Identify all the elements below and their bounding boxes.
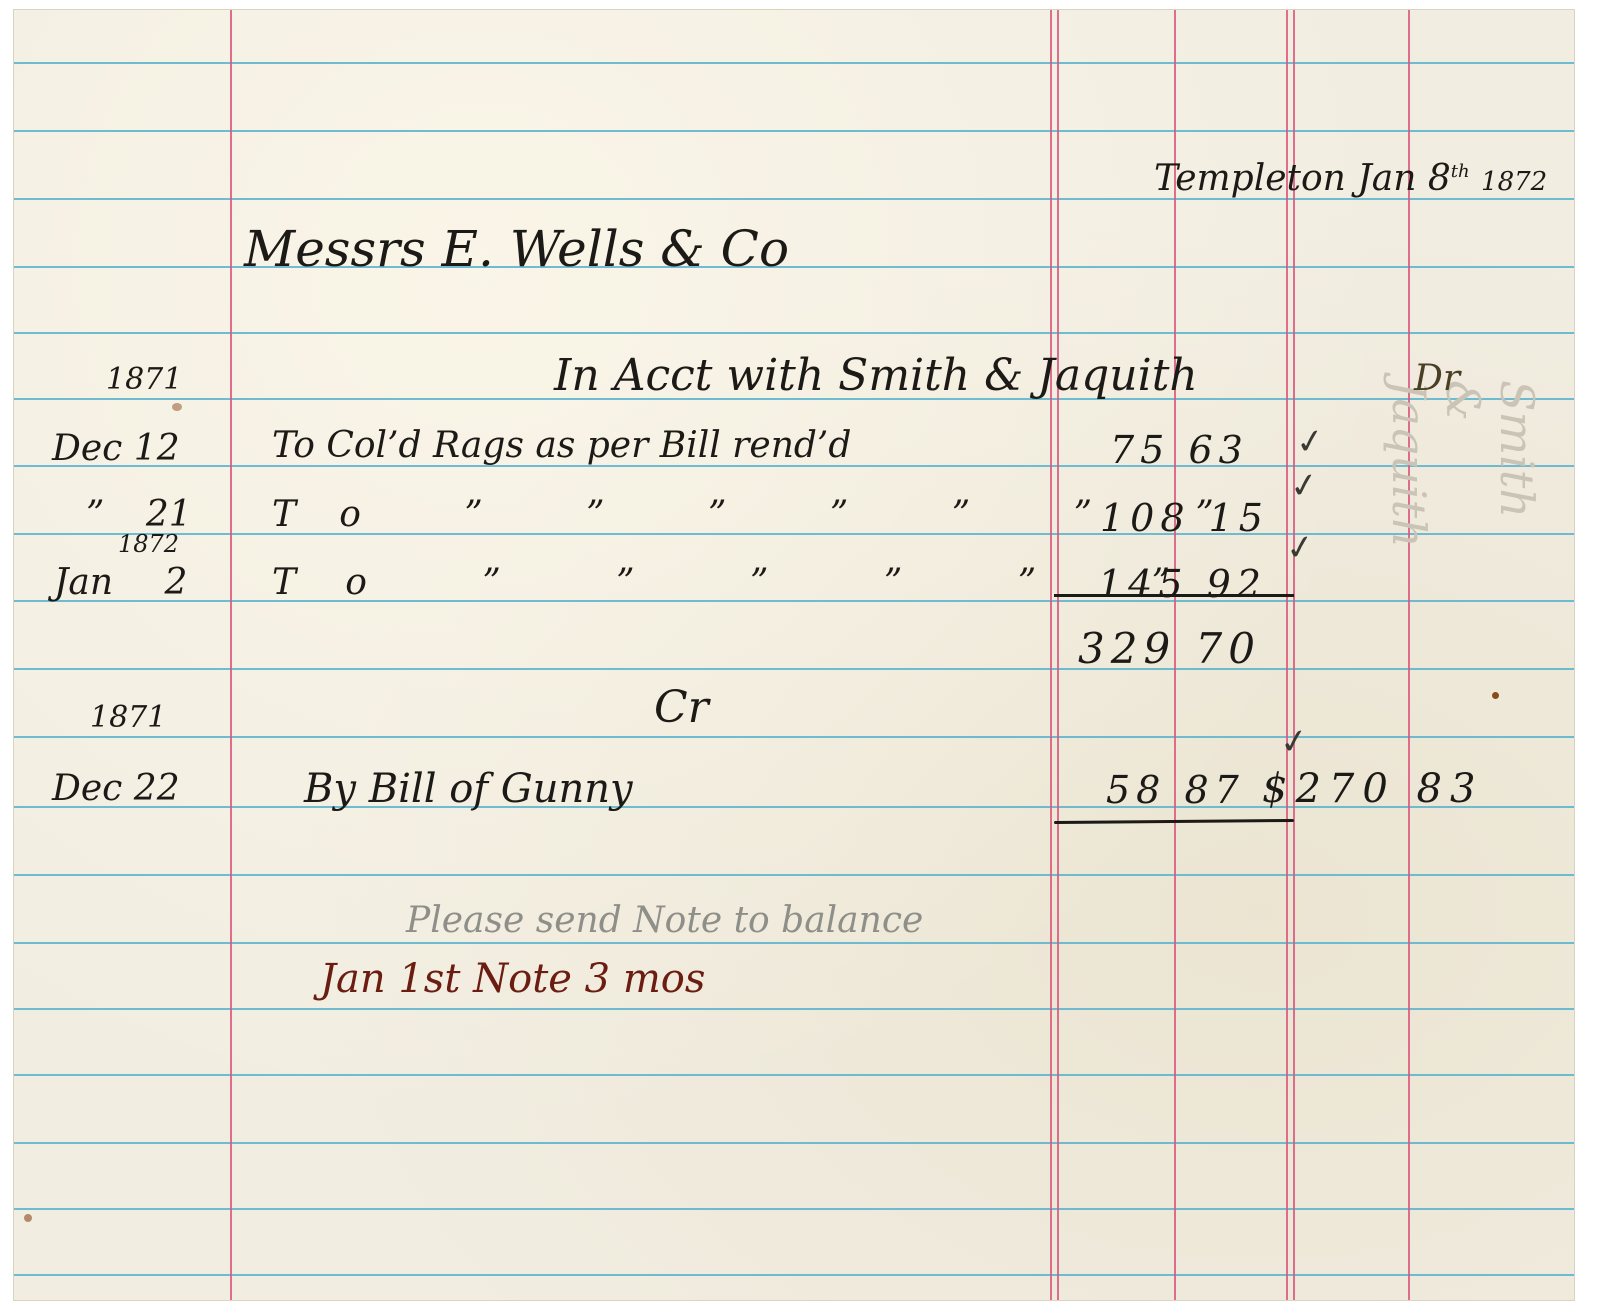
credit-entry-amount: 58 87 xyxy=(1106,768,1245,812)
addressee: Messrs E. Wells & Co xyxy=(244,220,789,278)
credit-marker: Cr xyxy=(654,682,709,733)
column-line xyxy=(1286,10,1288,1300)
entry-amount: 108 15 xyxy=(1100,496,1269,540)
ledger-sheet: Smith & Jaquith Templeton Jan 8th 1872 M… xyxy=(14,10,1574,1300)
ink-spot xyxy=(1492,692,1499,699)
entry-date: Dec 12 xyxy=(52,428,180,469)
dateline-place: Templeton xyxy=(1154,158,1346,199)
ruled-line xyxy=(14,1274,1574,1276)
ruled-line xyxy=(14,1008,1574,1010)
ruled-line xyxy=(14,874,1574,876)
entry-date: ” 21 xyxy=(86,494,192,535)
rust-stain xyxy=(24,1214,32,1222)
account-heading: In Acct with Smith & Jaquith xyxy=(554,350,1198,401)
dateline-day-suffix: th xyxy=(1451,161,1470,182)
checkmark-icon: ✓ xyxy=(1283,526,1317,570)
ruled-line xyxy=(14,736,1574,738)
dateline-month: Jan xyxy=(1357,158,1416,199)
credit-entry-date: Dec 22 xyxy=(52,768,180,809)
ruled-line xyxy=(14,130,1574,132)
debit-marker: Dr xyxy=(1414,358,1460,399)
column-line xyxy=(1408,10,1410,1300)
balance-amount: $270 83 xyxy=(1262,766,1483,812)
entry-amount: 75 63 xyxy=(1110,428,1249,472)
dateline-day: 8 xyxy=(1428,158,1451,199)
credit-year: 1871 xyxy=(90,700,166,735)
ruled-line xyxy=(14,332,1574,334)
faint-side-text: Smith & Jaquith xyxy=(1382,380,1544,548)
ruled-line xyxy=(14,1208,1574,1210)
entry-year-above: 1872 xyxy=(118,530,179,558)
checkmark-icon: ✓ xyxy=(1287,464,1321,508)
rust-stain xyxy=(172,403,182,411)
entry-amount: 145 92 xyxy=(1098,562,1267,606)
sum-rule xyxy=(1054,594,1294,597)
ruled-line xyxy=(14,942,1574,944)
column-line xyxy=(1057,10,1059,1300)
margin-line xyxy=(230,10,232,1300)
entry-description: To Col’d Rags as per Bill rend’d xyxy=(272,425,851,466)
debit-total: 329 70 xyxy=(1078,624,1261,673)
debit-year: 1871 xyxy=(106,362,182,397)
entry-date: Jan 2 xyxy=(54,562,187,603)
ruled-line xyxy=(14,1074,1574,1076)
red-ink-note: Jan 1st Note 3 mos xyxy=(320,956,705,1002)
column-line xyxy=(1050,10,1052,1300)
dateline-year: 1872 xyxy=(1481,167,1547,197)
pencil-note: Please send Note to balance xyxy=(406,900,923,941)
checkmark-icon: ✓ xyxy=(1293,420,1327,464)
dateline: Templeton Jan 8th 1872 xyxy=(1154,158,1547,199)
ruled-line xyxy=(14,668,1574,670)
ruled-line xyxy=(14,1142,1574,1144)
ruled-line xyxy=(14,62,1574,64)
credit-entry-description: By Bill of Gunny xyxy=(304,766,633,812)
column-line xyxy=(1293,10,1295,1300)
checkmark-icon: ✓ xyxy=(1277,720,1311,764)
